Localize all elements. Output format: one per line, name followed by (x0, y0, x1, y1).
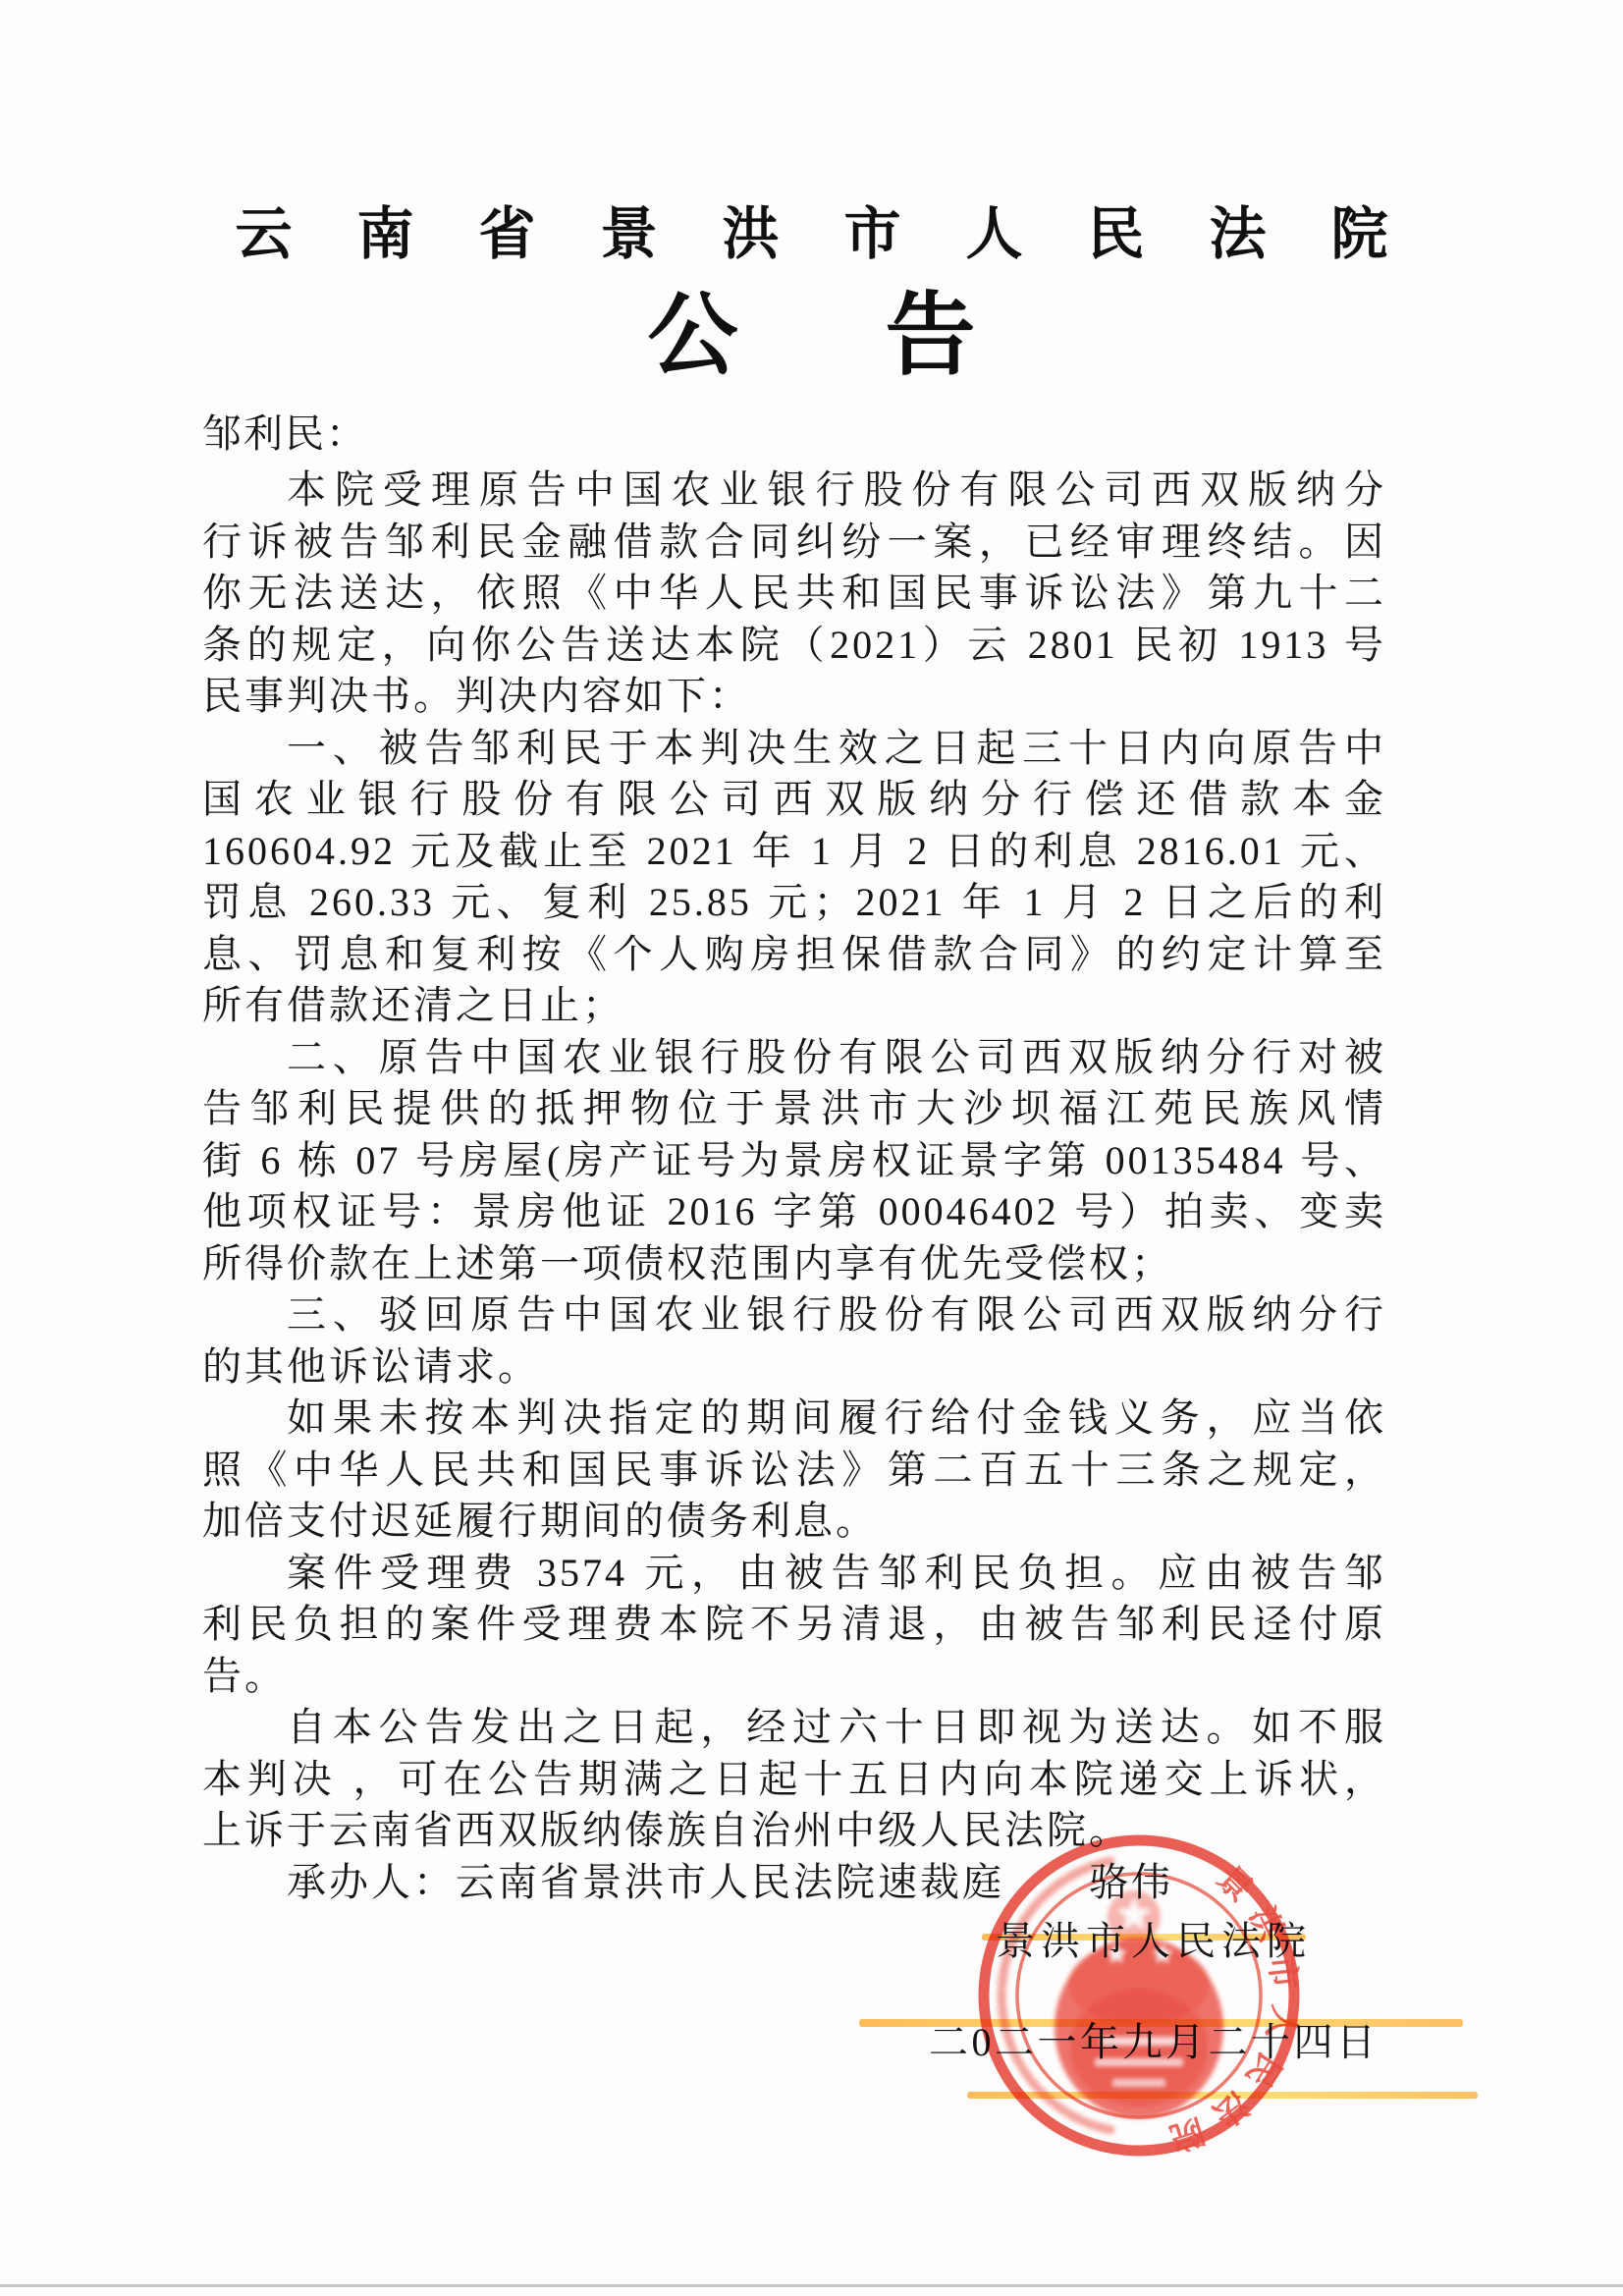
china-national-emblem (1055, 1890, 1223, 2118)
announcement-page: 云南省景洪市人民法院 公告 邹利民： 本院受理原告中国农业银行股份有限公司西双版… (0, 0, 1623, 2296)
body-line: 行诉被告邹利民金融借款合同纠纷一案，已经审理终结。因 (202, 517, 1386, 569)
body-line: 三、驳回原告中国农业银行股份有限公司西双版纳分行 (202, 1289, 1386, 1341)
body-line: 利民负担的案件受理费本院不另清退，由被告邹利民迳付原 (202, 1599, 1386, 1651)
scan-streak (967, 2092, 1478, 2099)
body-line: 街 6 栋 07 号房屋(房产证号为景房权证景字第 00135484 号、 (202, 1135, 1386, 1187)
scan-edge-bottom (0, 2284, 1623, 2287)
body-line: 所得价款在上述第一项债权范围内享有优先受偿权； (202, 1238, 1386, 1290)
notice-title: 公告 (0, 287, 1623, 385)
body-line: 告邹利民提供的抵押物位于景洪市大沙坝福江苑民族风情 (202, 1083, 1386, 1135)
body-line: 的其他诉讼请求。 (202, 1341, 1386, 1394)
court-title: 云南省景洪市人民法院 (0, 202, 1623, 267)
body-line: 二、原告中国农业银行股份有限公司西双版纳分行对被 (202, 1032, 1386, 1084)
jinghong-court-seal: 景洪市人民法院 (970, 1827, 1308, 2164)
body-line: 息、罚息和复利按《个人购房担保借款合同》的约定计算至 (202, 929, 1386, 981)
body-line: 本院受理原告中国农业银行股份有限公司西双版纳分 (202, 465, 1386, 517)
body-line: 罚息 260.33 元、复利 25.85 元；2021 年 1 月 2 日之后的… (202, 877, 1386, 929)
body-line: 你无法送达，依照《中华人民共和国民事诉讼法》第九十二 (202, 568, 1386, 620)
body-line: 一、被告邹利民于本判决生效之日起三十日内向原告中 (202, 723, 1386, 775)
body-line: 本判决 ，可在公告期满之日起十五日内向本院递交上诉状， (202, 1754, 1386, 1806)
announcement-body: 本院受理原告中国农业银行股份有限公司西双版纳分行诉被告邹利民金融借款合同纠纷一案… (202, 465, 1386, 1908)
body-line: 加倍支付迟延履行期间的债务利息。 (202, 1496, 1386, 1548)
body-line: 所有借款还清之日止； (202, 980, 1386, 1032)
scan-streak (982, 1934, 1306, 1941)
body-line: 国农业银行股份有限公司西双版纳分行偿还借款本金 (202, 774, 1386, 826)
body-line: 条的规定，向你公告送达本院（2021）云 2801 民初 1913 号 (202, 620, 1386, 672)
body-line: 民事判决书。判决内容如下： (202, 671, 1386, 723)
body-line: 如果未按本判决指定的期间履行给付金钱义务，应当依 (202, 1393, 1386, 1445)
body-line: 案件受理费 3574 元，由被告邹利民负担。应由被告邹 (202, 1548, 1386, 1600)
recipient-name: 邹利民： (202, 409, 367, 460)
body-line: 160604.92 元及截止至 2021 年 1 月 2 日的利息 2816.0… (202, 826, 1386, 878)
body-line: 他项权证号：景房他证 2016 字第 00046402 号）拍卖、变卖 (202, 1186, 1386, 1238)
scan-streak (859, 2019, 1463, 2027)
body-line: 自本公告发出之日起，经过六十日即视为送达。如不服 (202, 1702, 1386, 1754)
body-line: 照《中华人民共和国民事诉讼法》第二百五十三条之规定， (202, 1445, 1386, 1497)
body-line: 告。 (202, 1651, 1386, 1703)
